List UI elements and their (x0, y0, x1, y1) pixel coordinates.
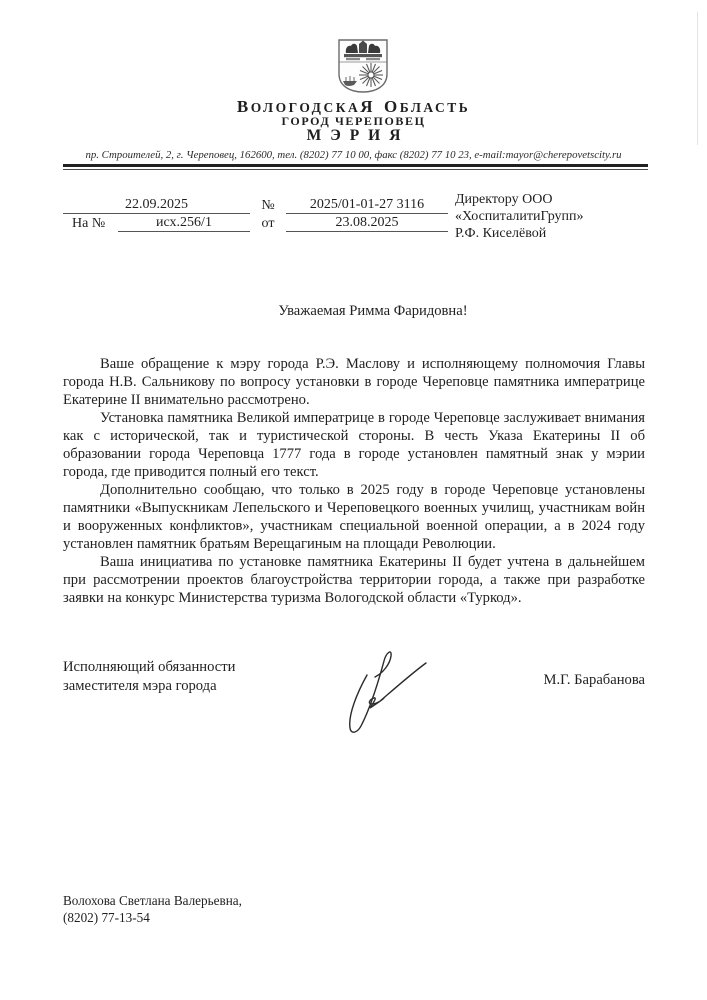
reference-block: 22.09.2025 № 2025/01-01-27 3116 На № исх… (63, 197, 463, 232)
executor-block: Волохова Светлана Валерьевна, (8202) 77-… (63, 893, 242, 926)
on-number-label: На № (72, 216, 118, 232)
recipient-line: Директору ООО (455, 191, 584, 208)
office-title: МЭРИЯ (0, 127, 707, 145)
scanned-letter-page: ВОЛОГОДСКАЯОБЛАСТЬ ГОРОД ЧЕРЕПОВЕЦ МЭРИЯ… (0, 0, 707, 1000)
recipient-line: Р.Ф. Киселёвой (455, 225, 584, 242)
outgoing-date: 22.09.2025 (63, 197, 250, 214)
executor-name: Волохова Светлана Валерьевна, (63, 893, 242, 910)
body-paragraph: Дополнительно сообщаю, что только в 2025… (63, 481, 645, 553)
letterhead-rule-thin (63, 169, 648, 170)
body-paragraph: Установка памятника Великой императрице … (63, 409, 645, 481)
recipient-block: Директору ООО «ХоспиталитиГрупп» Р.Ф. Ки… (455, 191, 584, 242)
signer-position: Исполняющий обязанности заместителя мэра… (63, 658, 235, 696)
outgoing-number: 2025/01-01-27 3116 (286, 197, 448, 214)
executor-phone: (8202) 77-13-54 (63, 910, 242, 927)
scan-artifact-line (697, 12, 698, 145)
region-title-part: ОЛОГОДСКА (251, 100, 361, 115)
letter-body: Ваше обращение к мэру города Р.Э. Маслов… (63, 355, 645, 607)
incoming-date: 23.08.2025 (286, 215, 448, 232)
cherepovets-coat-of-arms-icon (336, 39, 390, 94)
reference-row-outgoing: 22.09.2025 № 2025/01-01-27 3116 (63, 197, 463, 214)
reference-row-incoming: На № исх.256/1 от 23.08.2025 (63, 215, 463, 232)
letterhead-address: пр. Строителей, 2, г. Череповец, 162600,… (0, 149, 707, 161)
body-paragraph: Ваше обращение к мэру города Р.Э. Маслов… (63, 355, 645, 409)
signer-position-line: заместителя мэра города (63, 677, 235, 696)
letterhead-rule-thick (63, 164, 648, 167)
signer-name: М.Г. Барабанова (543, 672, 645, 689)
handwritten-signature-icon (333, 645, 433, 737)
region-title-part: БЛАСТЬ (400, 100, 470, 115)
from-label: от (250, 216, 286, 232)
recipient-line: «ХоспиталитиГрупп» (455, 208, 584, 225)
salutation: Уважаемая Римма Фаридовна! (63, 303, 645, 320)
signer-position-line: Исполняющий обязанности (63, 658, 235, 677)
number-label: № (250, 198, 286, 214)
body-paragraph: Ваша инициатива по установке памятника Е… (63, 553, 645, 607)
incoming-number: исх.256/1 (118, 215, 250, 232)
